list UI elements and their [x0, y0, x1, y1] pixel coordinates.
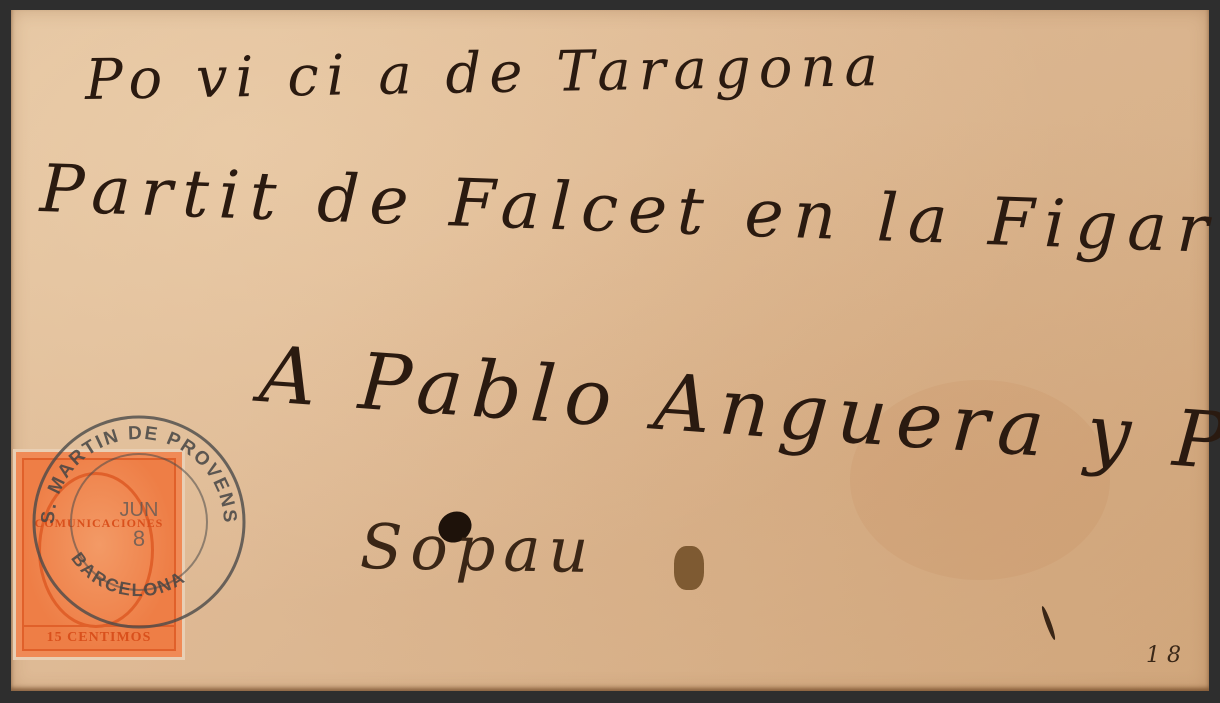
- address-line-town: Sopau: [359, 510, 597, 587]
- svg-text:BARCELONA: BARCELONA: [67, 549, 189, 601]
- ink-stain: [674, 546, 704, 590]
- postmark-day: 8: [133, 526, 145, 551]
- corner-pencil-mark: 1 8: [1146, 643, 1181, 668]
- postmark: S. MARTIN DE PROVENSALS BARCELONA JUN 8: [24, 404, 254, 634]
- postmark-city-text: BARCELONA: [67, 549, 189, 601]
- postmark-month: JUN: [120, 499, 159, 521]
